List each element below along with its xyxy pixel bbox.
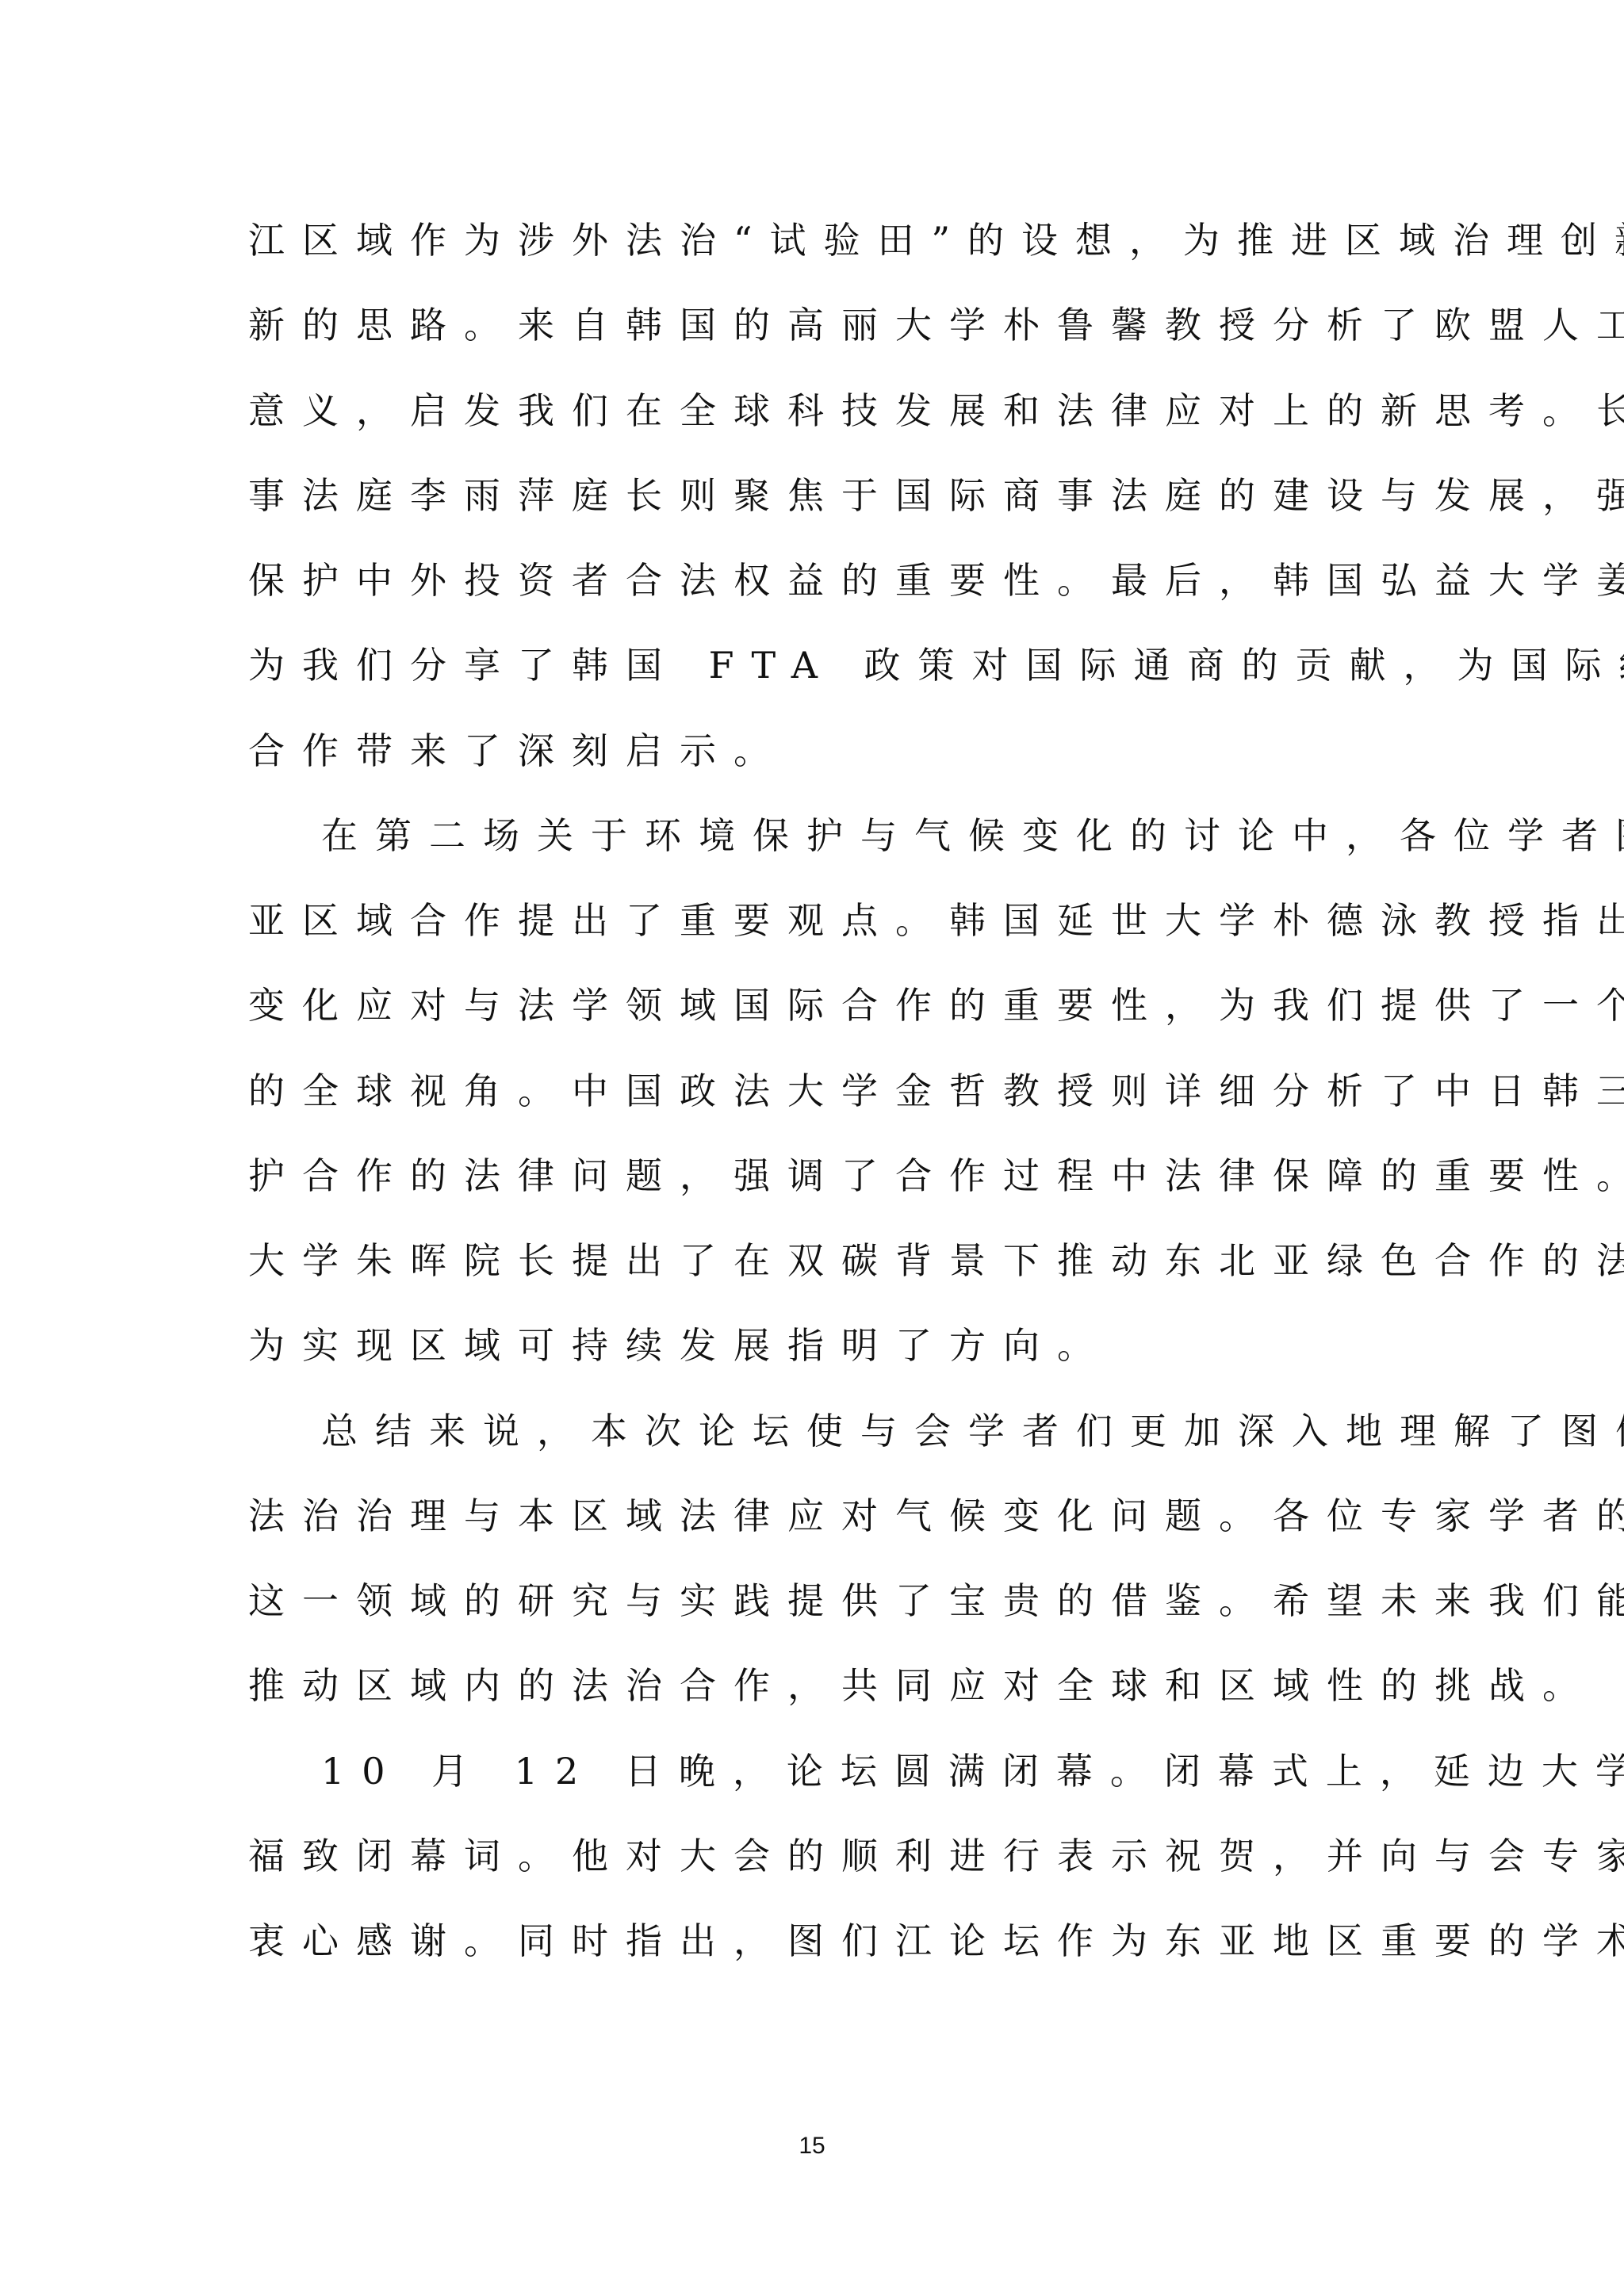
text-line: 这一领域的研究与实践提供了宝贵的借鉴。希望未来我们能够进一步 [248, 1559, 1382, 1644]
document-page: 江区域作为涉外法治“试验田”的设想，为推进区域治理创新开拓了 新的思路。来自韩国… [0, 0, 1624, 2296]
text-line: 事法庭李雨萍庭长则聚焦于国际商事法庭的建设与发展，强调了平等 [248, 453, 1382, 538]
text-line: 护合作的法律问题，强调了合作过程中法律保障的重要性。大连海洋 [248, 1134, 1382, 1219]
paragraph-2: 在第二场关于环境保护与气候变化的讨论中，各位学者围绕东北 亚区域合作提出了重要观… [248, 794, 1382, 1389]
text-line: 福致闭幕词。他对大会的顺利进行表示祝贺，并向与会专家学者表示 [248, 1814, 1382, 1899]
page-number: 15 [0, 2133, 1624, 2160]
paragraph-3: 总结来说，本次论坛使与会学者们更加深入地理解了图们江区域 法治治理与本区域法律应… [248, 1389, 1382, 1729]
text-line: 10 月 12 日晚，论坛圆满闭幕。闭幕式上，延边大学副校长王洪 [248, 1729, 1382, 1814]
text-line: 衷心感谢。同时指出，图们江论坛作为东亚地区重要的学术交流平台， [248, 1899, 1382, 1984]
text-line: 法治治理与本区域法律应对气候变化问题。各位专家学者的发言也为 [248, 1474, 1382, 1559]
paragraph-4: 10 月 12 日晚，论坛圆满闭幕。闭幕式上，延边大学副校长王洪 福致闭幕词。他… [248, 1729, 1382, 1984]
text-line: 合作带来了深刻启示。 [248, 709, 1382, 794]
text-line: 新的思路。来自韩国的高丽大学朴鲁馨教授分析了欧盟人工智能法的 [248, 283, 1382, 368]
text-line: 亚区域合作提出了重要观点。韩国延世大学朴德泳教授指出全球气候 [248, 878, 1382, 963]
text-line: 变化应对与法学领域国际合作的重要性，为我们提供了一个更为广泛 [248, 963, 1382, 1048]
text-line: 的全球视角。中国政法大学金哲教授则详细分析了中日韩三国环境保 [248, 1049, 1382, 1134]
text-line: 意义，启发我们在全球科技发展和法律应对上的新思考。长春国际商 [248, 369, 1382, 453]
paragraph-1: 江区域作为涉外法治“试验田”的设想，为推进区域治理创新开拓了 新的思路。来自韩国… [248, 198, 1382, 794]
text-line: 大学朱晖院长提出了在双碳背景下推动东北亚绿色合作的法律路径， [248, 1219, 1382, 1303]
text-line: 江区域作为涉外法治“试验田”的设想，为推进区域治理创新开拓了 [248, 198, 1382, 283]
text-line: 总结来说，本次论坛使与会学者们更加深入地理解了图们江区域 [248, 1389, 1382, 1474]
text-line: 在第二场关于环境保护与气候变化的讨论中，各位学者围绕东北 [248, 794, 1382, 878]
text-line: 为我们分享了韩国 FTA 政策对国际通商的贡献，为国际经济法与区域 [248, 623, 1382, 708]
text-line: 保护中外投资者合法权益的重要性。最后，韩国弘益大学姜俊河教授 [248, 538, 1382, 623]
body-text: 江区域作为涉外法治“试验田”的设想，为推进区域治理创新开拓了 新的思路。来自韩国… [248, 198, 1382, 1984]
text-line: 推动区域内的法治合作，共同应对全球和区域性的挑战。 [248, 1644, 1382, 1728]
text-line: 为实现区域可持续发展指明了方向。 [248, 1303, 1382, 1388]
